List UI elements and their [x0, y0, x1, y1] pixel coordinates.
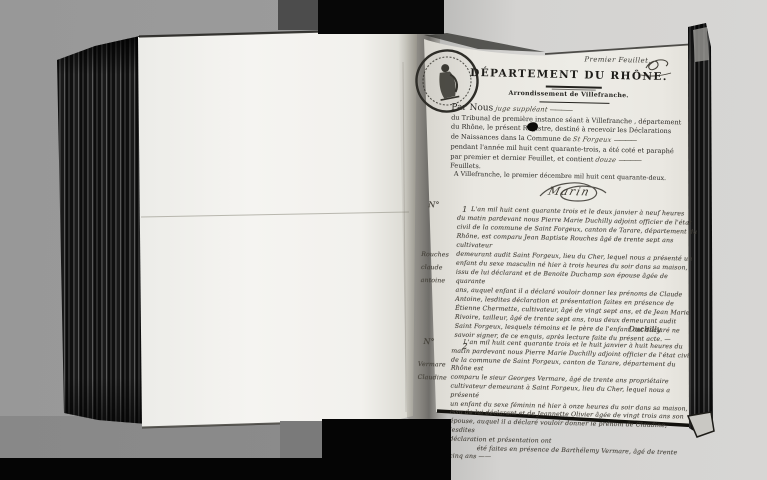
register-page-content: Premier Feuillet. DÉPARTEMENT DU RHÔNE. … [416, 28, 717, 464]
entry2-number-label: N° [423, 337, 434, 346]
fill-dash: ———— [550, 106, 573, 114]
scan-mask-strip-bottom [0, 458, 451, 480]
left-blank-page [138, 30, 417, 429]
department-title: DÉPARTEMENT DU RHÔNE. [444, 66, 694, 83]
printed-preamble: Par Nous juge suppléant ———— du Tribunal… [450, 104, 695, 177]
subtitle-rule [539, 101, 609, 104]
handwritten-feuillet-count: douze [595, 155, 617, 165]
preamble-par-nous: Par Nous [451, 103, 493, 114]
preamble-commune-print: de Naissances dans la Commune de [451, 133, 571, 144]
scanned-register-photo: Premier Feuillet. DÉPARTEMENT DU RHÔNE. … [0, 0, 767, 480]
fill-dash: ———— [618, 156, 641, 164]
handwritten-commune: St Forgeux [572, 135, 612, 145]
fill-dash: ———— [614, 136, 637, 144]
handwritten-judge-title: juge suppléant [495, 105, 549, 116]
feuillet-note: Premier Feuillet. [584, 55, 651, 64]
scan-mask-bar-top [318, 0, 444, 34]
entry1-officer-signature: Duchilly [629, 324, 662, 334]
scan-mask-patch-top [278, 0, 318, 30]
judge-signature: Marin [519, 179, 619, 200]
scan-mask-patch-bottom [280, 421, 322, 458]
judge-signature-text: Marin [547, 185, 592, 199]
arrondissement-subtitle: Arrondissement de Villefranche. [444, 88, 694, 100]
entry1-act-text: L'an mil huit cent quarante trois et le … [454, 205, 699, 345]
entry2-act-text: L'an mil huit cent quarante trois et le … [449, 339, 696, 467]
book-page-edge-stack [57, 36, 147, 424]
entry1-number-label: N° [428, 200, 439, 209]
ink-blot [527, 122, 538, 131]
